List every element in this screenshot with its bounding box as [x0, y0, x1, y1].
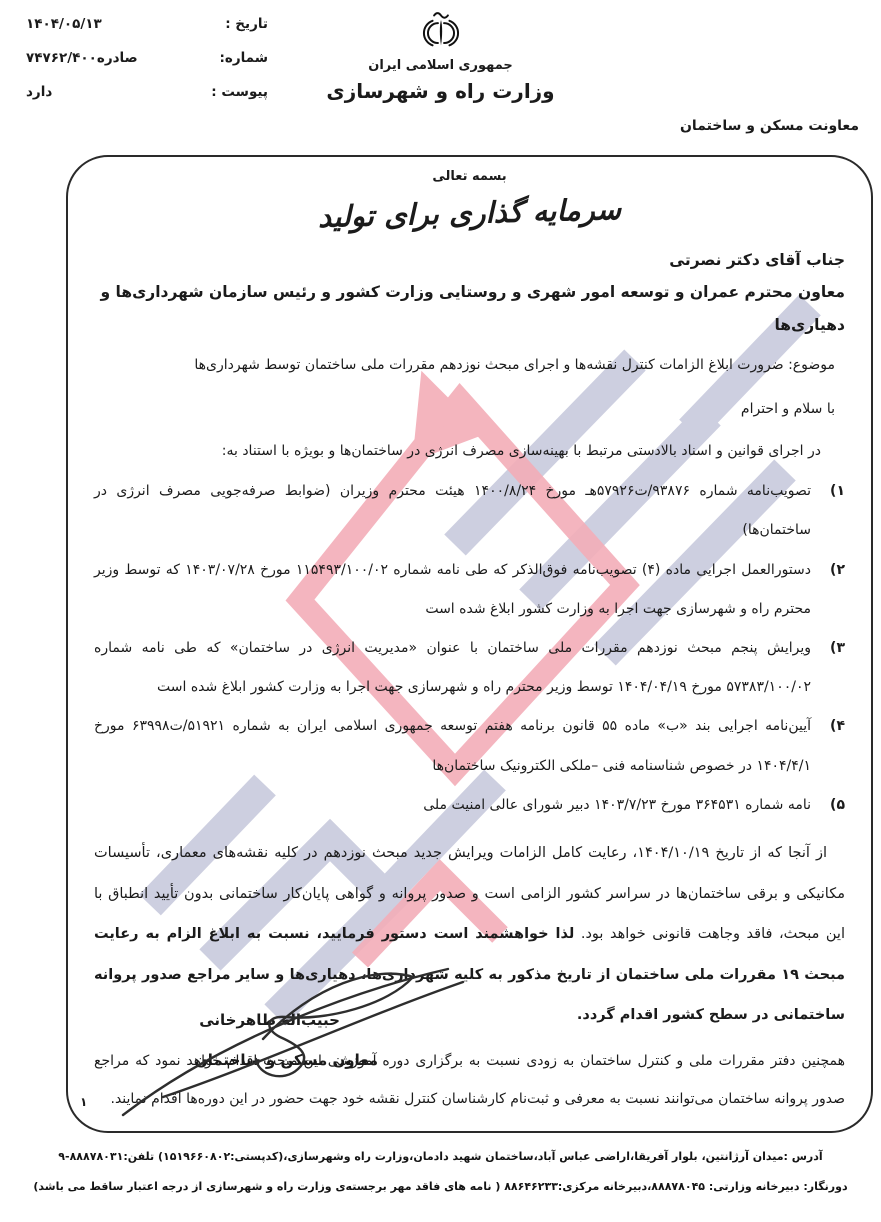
list-item-number: ۴) [811, 707, 845, 785]
footer-fax-line: دورنگار: دبیرخانه وزارتی: ۸۸۸۷۸۰۴۵،دبیرخ… [0, 1172, 881, 1202]
department-name: معاونت مسکن و ساختمان [680, 118, 859, 134]
list-item-text: ویرایش پنجم مبحث نوزدهم مقررات ملی ساختم… [94, 629, 811, 707]
number-label: شماره: [219, 50, 268, 66]
scanned-official-letter: جمهوری اسلامی ایران وزارت راه و شهرسازی … [0, 0, 881, 1222]
main-paragraph: از آنجا که از تاریخ ۱۴۰۴/۱۰/۱۹، رعایت کا… [94, 833, 845, 1036]
date-label: تاریخ : [225, 16, 268, 32]
attachment-value: دارد [26, 84, 52, 100]
legal-references-list: ۱) تصویب‌نامه شماره ۹۳۸۷۶/ت۵۷۹۲۶هـ مورخ … [94, 472, 845, 825]
list-item-number: ۲) [811, 551, 845, 629]
intro-line: در اجرای قوانین و اسناد بالادستی مرتبط ب… [94, 435, 845, 469]
list-item: ۵) نامه شماره ۳۶۴۵۳۱ مورخ ۱۴۰۳/۷/۲۳ دبیر… [94, 786, 845, 825]
date-row: تاریخ : ۱۴۰۴/۰۵/۱۳ [26, 16, 268, 50]
list-item: ۴) آیین‌نامه اجرایی بند «ب» ماده ۵۵ قانو… [94, 707, 845, 785]
list-item-number: ۱) [811, 472, 845, 550]
bismillah-heading: بسمه تعالی [94, 167, 845, 188]
attachment-label: پیوست : [211, 84, 268, 100]
number-value: صادره۷۴۷۶۲/۴۰۰ [26, 50, 138, 66]
salutation-line: با سلام و احترام [94, 393, 845, 427]
letter-meta-block: تاریخ : ۱۴۰۴/۰۵/۱۳ شماره: صادره۷۴۷۶۲/۴۰۰… [26, 16, 268, 118]
list-item-text: آیین‌نامه اجرایی بند «ب» ماده ۵۵ قانون ب… [94, 707, 811, 785]
number-row: شماره: صادره۷۴۷۶۲/۴۰۰ [26, 50, 268, 84]
year-slogan-calligraphy: سرمایه گذاری برای تولید [94, 186, 846, 240]
list-item-number: ۳) [811, 629, 845, 707]
list-item-text: نامه شماره ۳۶۴۵۳۱ مورخ ۱۴۰۳/۷/۲۳ دبیر شو… [94, 786, 811, 825]
signature-block: حبیب‌اله طاهرخانی معاون مسکن و ساختمان [148, 1011, 378, 1069]
list-item: ۳) ویرایش پنجم مبحث نوزدهم مقررات ملی سا… [94, 629, 845, 707]
list-item-number: ۵) [811, 786, 845, 825]
date-value: ۱۴۰۴/۰۵/۱۳ [26, 16, 102, 32]
list-item-text: تصویب‌نامه شماره ۹۳۸۷۶/ت۵۷۹۲۶هـ مورخ ۱۴۰… [94, 472, 811, 550]
letter-body-box: بسمه تعالی سرمایه گذاری برای تولید جناب … [66, 155, 873, 1133]
subject-line: موضوع: ضرورت ابلاغ الزامات کنترل نقشه‌ها… [94, 349, 845, 383]
footer-address-line: آدرس :میدان آرژانتین، بلوار آفریقا،اراضی… [0, 1142, 881, 1172]
list-item-text: دستورالعمل اجرایی ماده (۴) تصویب‌نامه فو… [94, 551, 811, 629]
attachment-row: پیوست : دارد [26, 84, 268, 118]
signer-name: حبیب‌اله طاهرخانی [148, 1011, 378, 1029]
recipient-name: جناب آقای دکتر نصرتی [94, 244, 845, 277]
list-item: ۲) دستورالعمل اجرایی ماده (۴) تصویب‌نامه… [94, 551, 845, 629]
iran-national-emblem-icon [418, 8, 464, 52]
letterhead-footer: آدرس :میدان آرژانتین، بلوار آفریقا،اراضی… [0, 1142, 881, 1201]
recipient-title: معاون محترم عمران و توسعه امور شهری و رو… [94, 276, 845, 341]
list-item: ۱) تصویب‌نامه شماره ۹۳۸۷۶/ت۵۷۹۲۶هـ مورخ … [94, 472, 845, 550]
signer-title: معاون مسکن و ساختمان [148, 1051, 378, 1069]
page-number: ۱ [80, 1095, 87, 1109]
